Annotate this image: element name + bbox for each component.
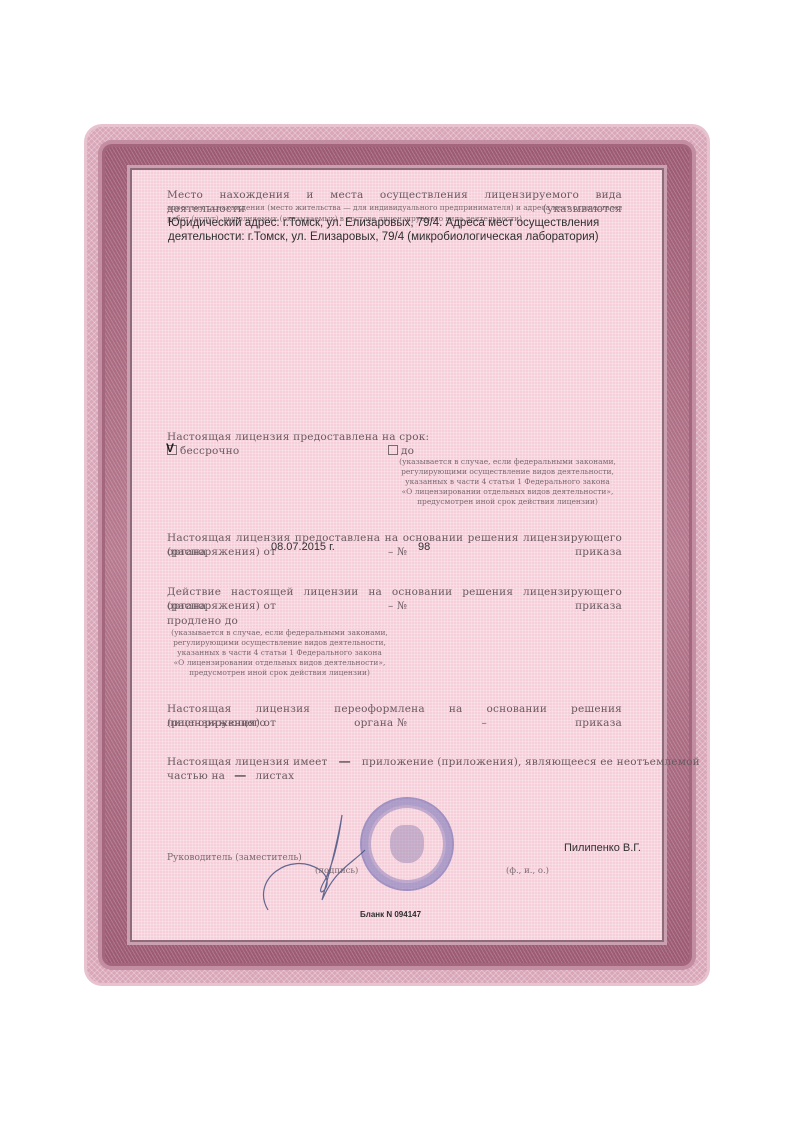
appendix-line2: частью на — листах (167, 769, 294, 783)
coat-of-arms-icon (390, 825, 424, 863)
until-label: до (401, 445, 414, 457)
appendix-count: — (339, 756, 350, 768)
address-filled-line2: деятельности: г.Томск, ул. Елизаровых, 7… (168, 231, 599, 243)
name-label: (ф., и., о.) (506, 866, 549, 876)
term-note-line: (указывается в случае, если федеральными… (395, 457, 620, 467)
address-heading-line2: адрес места нахождения (место жительства… (167, 203, 622, 213)
reissue-line2-prefix: (распоряжения) от (167, 716, 276, 730)
appendix-line1: Настоящая лицензия имеет — приложение (п… (167, 755, 622, 769)
signature-label: (подпись) (315, 866, 358, 876)
check-mark-icon: V (166, 441, 174, 455)
reissue-number-label: № (397, 716, 407, 730)
sheet-count: — (235, 770, 246, 782)
role-label: Руководитель (заместитель) (167, 853, 302, 863)
term-note-line: предусмотрен иной срок действия лицензии… (395, 497, 620, 507)
signatory-name: Пилипенко В.Г. (564, 842, 641, 854)
extension-note-line: (указывается в случае, если федеральными… (167, 628, 392, 638)
basis-number: 98 (418, 541, 430, 553)
appendix-text: листах (255, 770, 294, 782)
handwritten-signature (250, 810, 380, 920)
term-note-line: «О лицензировании отдельных видов деятел… (395, 487, 620, 497)
term-note: (указывается в случае, если федеральными… (395, 457, 620, 507)
basis-date: 08.07.2015 г. (271, 541, 335, 553)
until-checkbox[interactable] (388, 445, 398, 455)
term-option-until[interactable]: до (388, 444, 414, 458)
extended-until-label: продлено до (167, 614, 238, 628)
extension-note: (указывается в случае, если федеральными… (167, 628, 392, 678)
address-filled-line1: Юридический адрес: г.Томск, ул. Елизаров… (168, 217, 599, 229)
extension-note-line: указанных в части 4 статьи 1 Федеральног… (167, 648, 392, 658)
appendix-text: приложение (приложения), являющееся ее н… (362, 756, 700, 768)
indefinite-checkbox[interactable]: V (167, 445, 177, 455)
term-heading: Настоящая лицензия предоставлена на срок… (167, 430, 429, 444)
term-note-line: указанных в части 4 статьи 1 Федеральног… (395, 477, 620, 487)
extension-note-line: регулирующими осуществление видов деятел… (167, 638, 392, 648)
term-note-line: регулирующими осуществление видов деятел… (395, 467, 620, 477)
extension-number-label: № (397, 599, 407, 613)
indefinite-label: бессрочно (180, 445, 239, 457)
basis-number-label: № (397, 545, 407, 559)
extension-note-line: «О лицензировании отдельных видов деятел… (167, 658, 392, 668)
appendix-text: частью на (167, 770, 225, 782)
form-number: Бланк N 094147 (360, 910, 421, 919)
appendix-text: Настоящая лицензия имеет (167, 756, 328, 768)
term-option-indefinite[interactable]: Vбессрочно (167, 444, 239, 458)
extension-note-line: предусмотрен иной срок действия лицензии… (167, 668, 392, 678)
extension-line2-prefix: (распоряжения) от (167, 599, 276, 613)
basis-line2-prefix: (распоряжения) от (167, 545, 276, 559)
